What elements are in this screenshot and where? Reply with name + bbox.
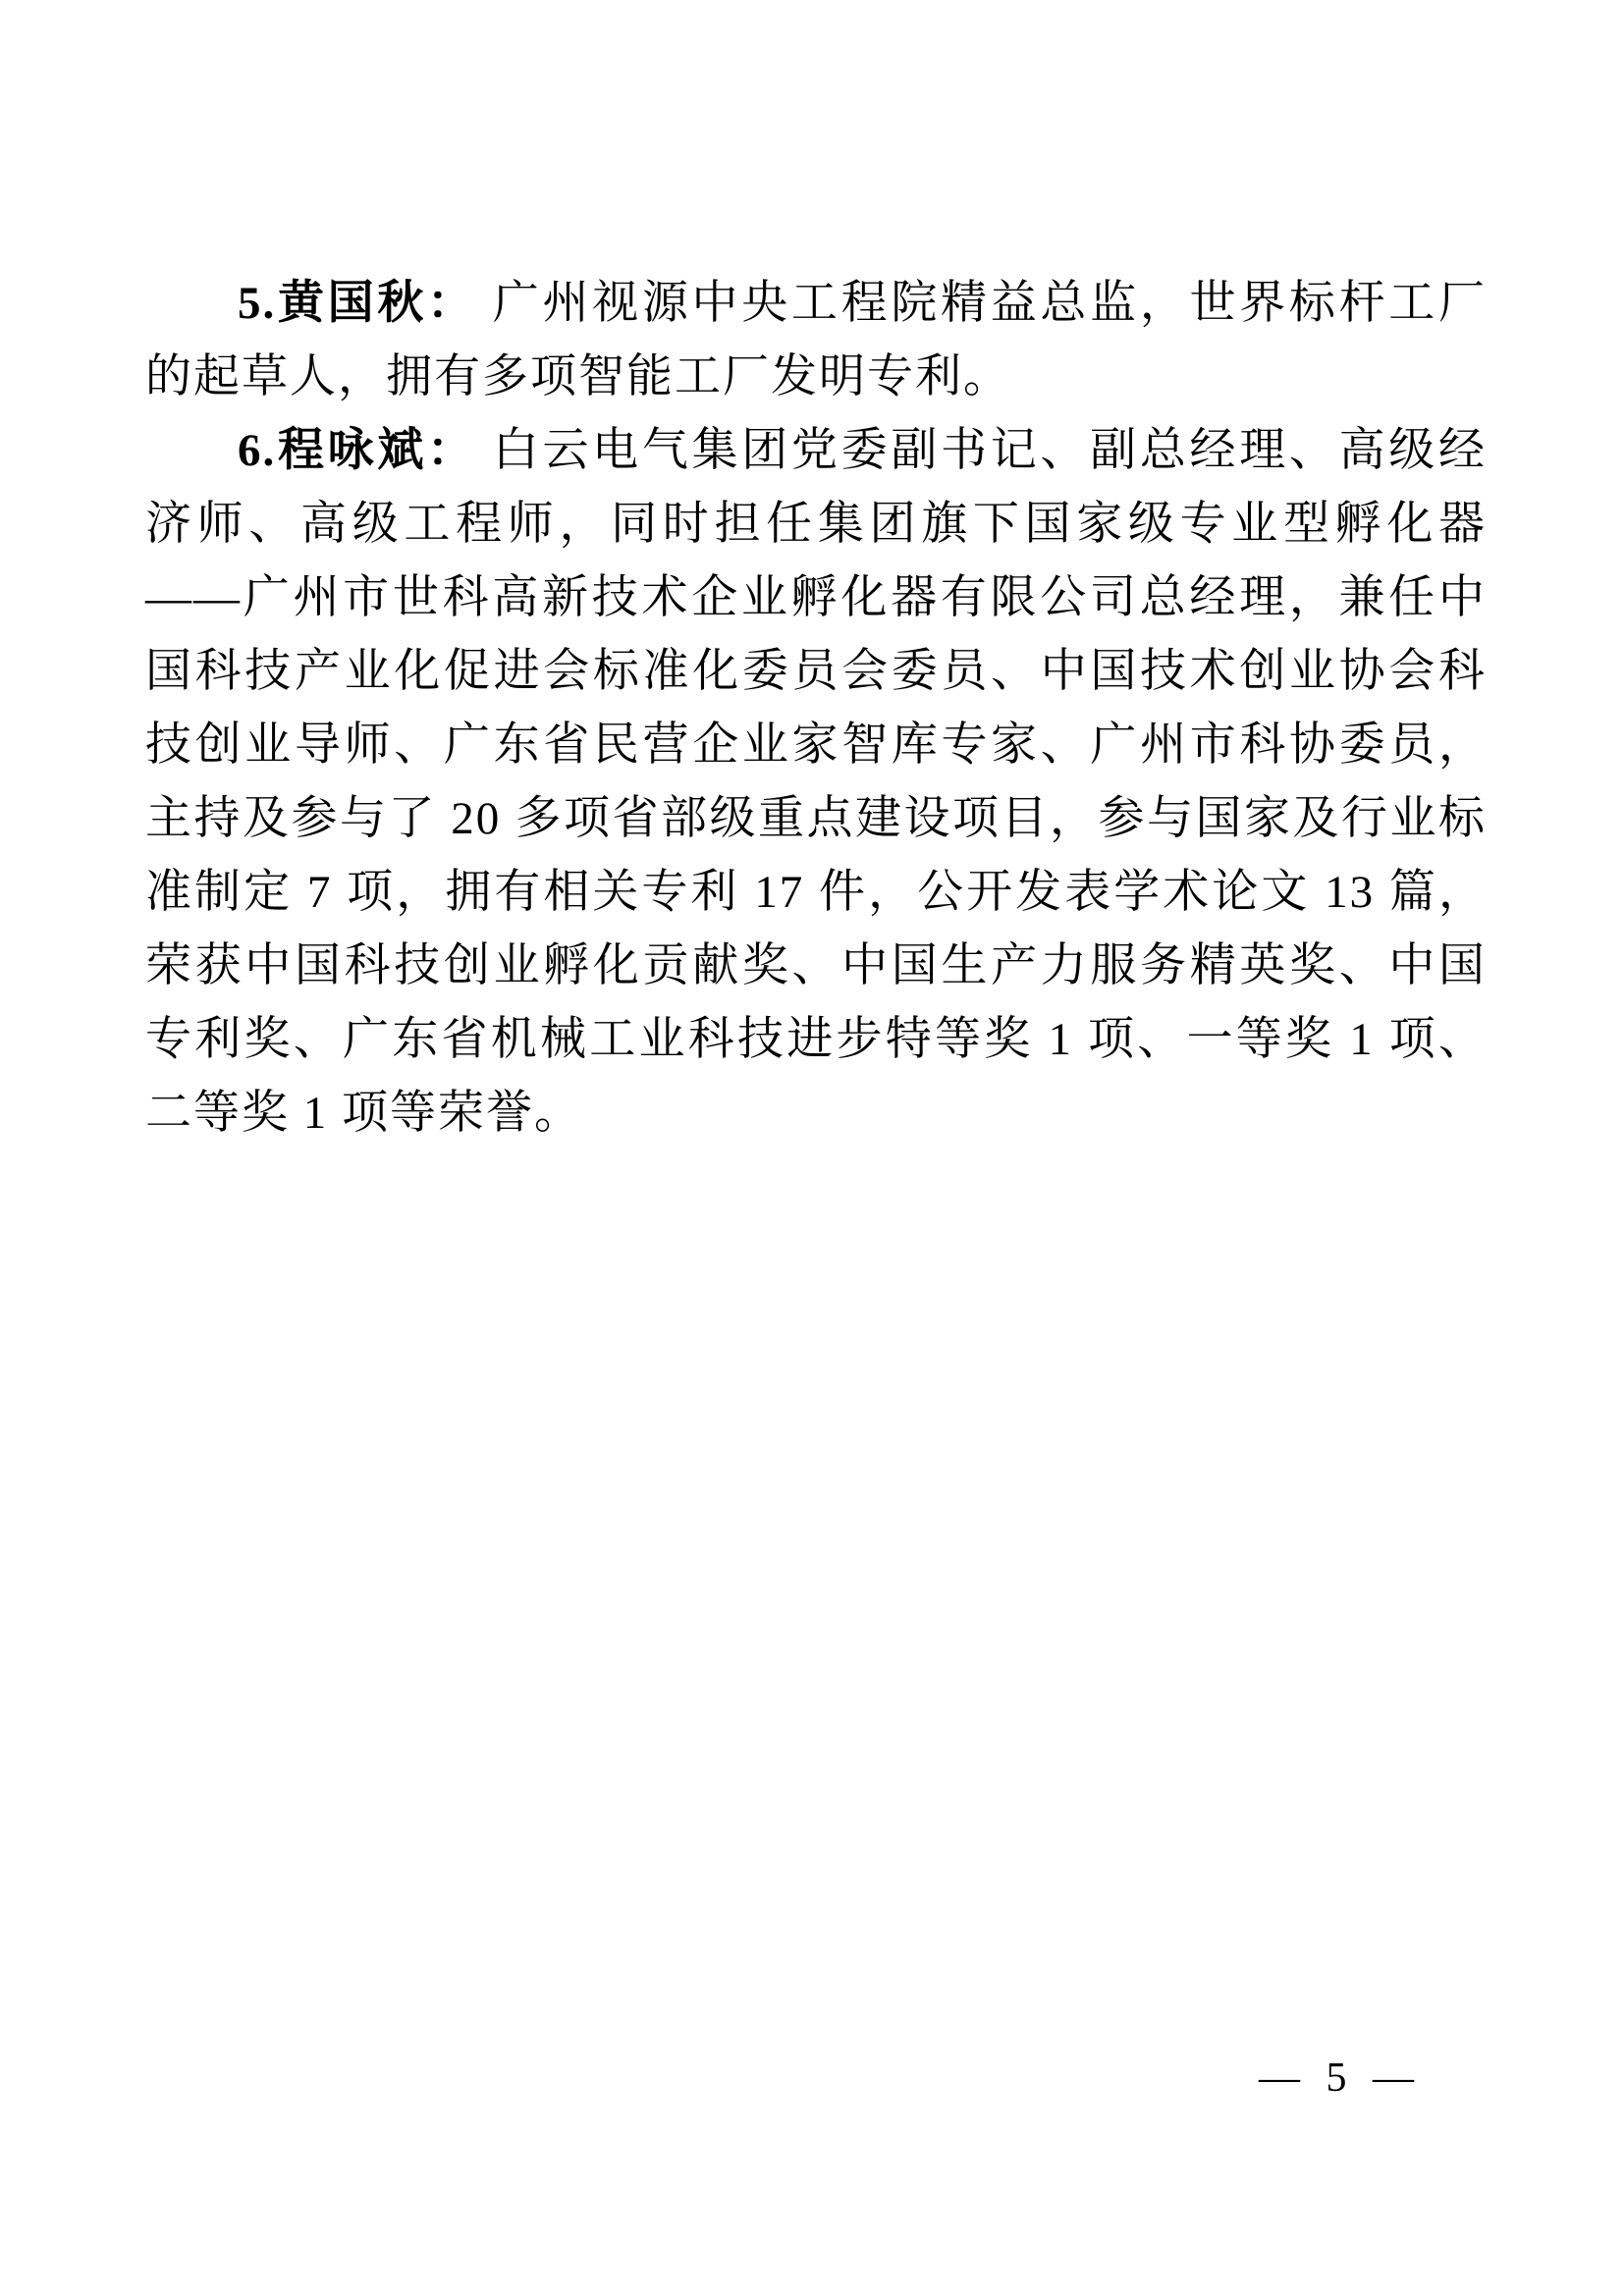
paragraph-person-5: 5.黄国秋：广州视源中央工程院精益总监，世界标杆工厂的起草人，拥有多项智能工厂发… — [145, 267, 1487, 414]
document-page: 5.黄国秋：广州视源中央工程院精益总监，世界标杆工厂的起草人，拥有多项智能工厂发… — [0, 0, 1624, 2296]
paragraph-person-6: 6.程咏斌：白云电气集团党委副书记、副总经理、高级经济师、高级工程师，同时担任集… — [145, 414, 1487, 1150]
paragraph-text-6: 白云电气集团党委副书记、副总经理、高级经济师、高级工程师，同时担任集团旗下国家级… — [145, 425, 1487, 1139]
person-name-label-5: 5.黄国秋： — [238, 278, 477, 329]
document-body: 5.黄国秋：广州视源中央工程院精益总监，世界标杆工厂的起草人，拥有多项智能工厂发… — [145, 267, 1487, 1150]
person-name-label-6: 6.程咏斌： — [238, 425, 477, 476]
page-number: — 5 — — [1259, 2055, 1422, 2102]
